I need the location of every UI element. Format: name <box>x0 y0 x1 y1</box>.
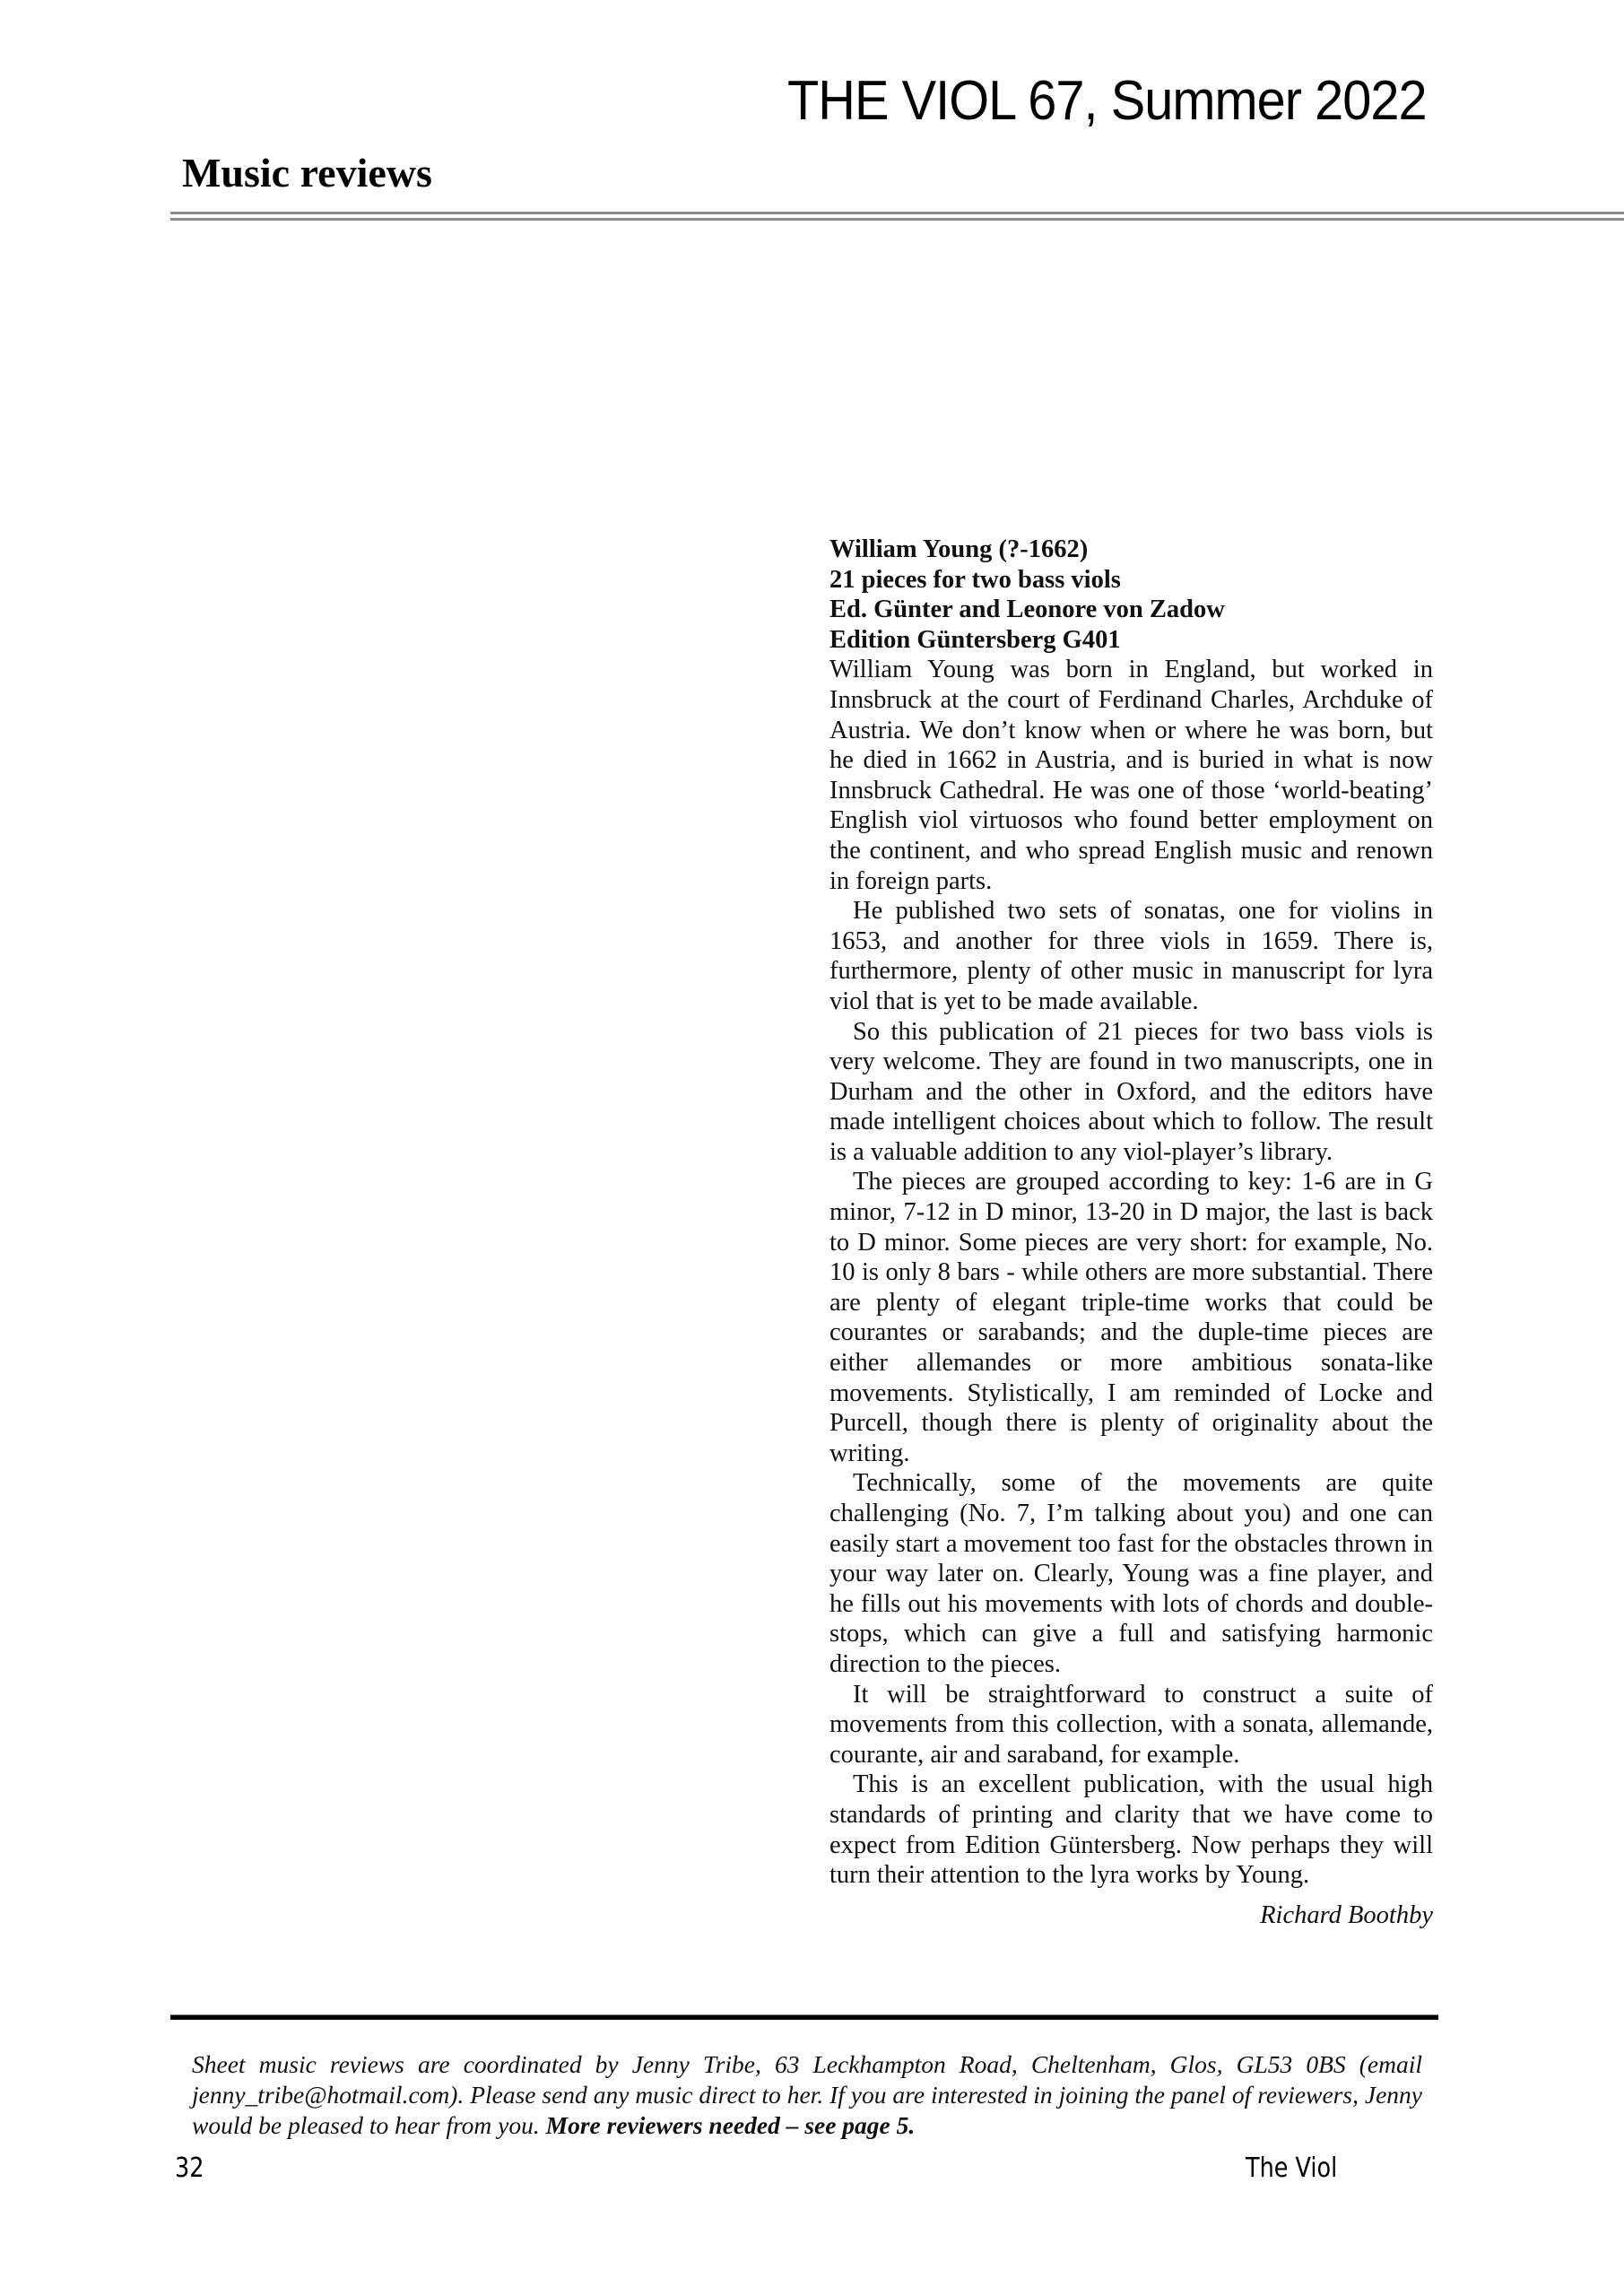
journal-issue-title: THE VIOL 67, Summer 2022 <box>787 70 1427 133</box>
review-publisher: Edition Güntersberg G401 <box>829 625 1433 656</box>
review-paragraph: The pieces are grouped according to key:… <box>829 1167 1433 1468</box>
header-double-rule <box>170 212 1624 221</box>
review-paragraph: Technically, some of the movements are q… <box>829 1468 1433 1679</box>
header-rule-line <box>170 218 1624 221</box>
reviews-coordinator-note: Sheet music reviews are coordinated by J… <box>192 2049 1422 2141</box>
reviewer-signature: Richard Boothby <box>829 1900 1433 1931</box>
review-editors: Ed. Günter and Leonore von Zadow <box>829 595 1433 625</box>
review-work-title: 21 pieces for two bass viols <box>829 565 1433 596</box>
page-number: 32 <box>175 2152 204 2185</box>
section-title: Music reviews <box>182 149 432 197</box>
running-footer-publication: The Viol <box>1246 2152 1337 2185</box>
review-paragraph: William Young was born in England, but w… <box>829 655 1433 896</box>
more-reviewers-needed-note: More reviewers needed – see page 5. <box>546 2111 916 2139</box>
music-review-article: William Young (?-1662) 21 pieces for two… <box>829 535 1433 1930</box>
review-paragraph: So this publication of 21 pieces for two… <box>829 1017 1433 1168</box>
review-paragraph: It will be straightforward to construct … <box>829 1680 1433 1770</box>
review-composer: William Young (?-1662) <box>829 535 1433 565</box>
footer-rule <box>170 2014 1438 2020</box>
review-paragraph: This is an excellent publication, with t… <box>829 1770 1433 1890</box>
header-rule-line <box>170 212 1624 214</box>
review-paragraph: He published two sets of sonatas, one fo… <box>829 896 1433 1016</box>
